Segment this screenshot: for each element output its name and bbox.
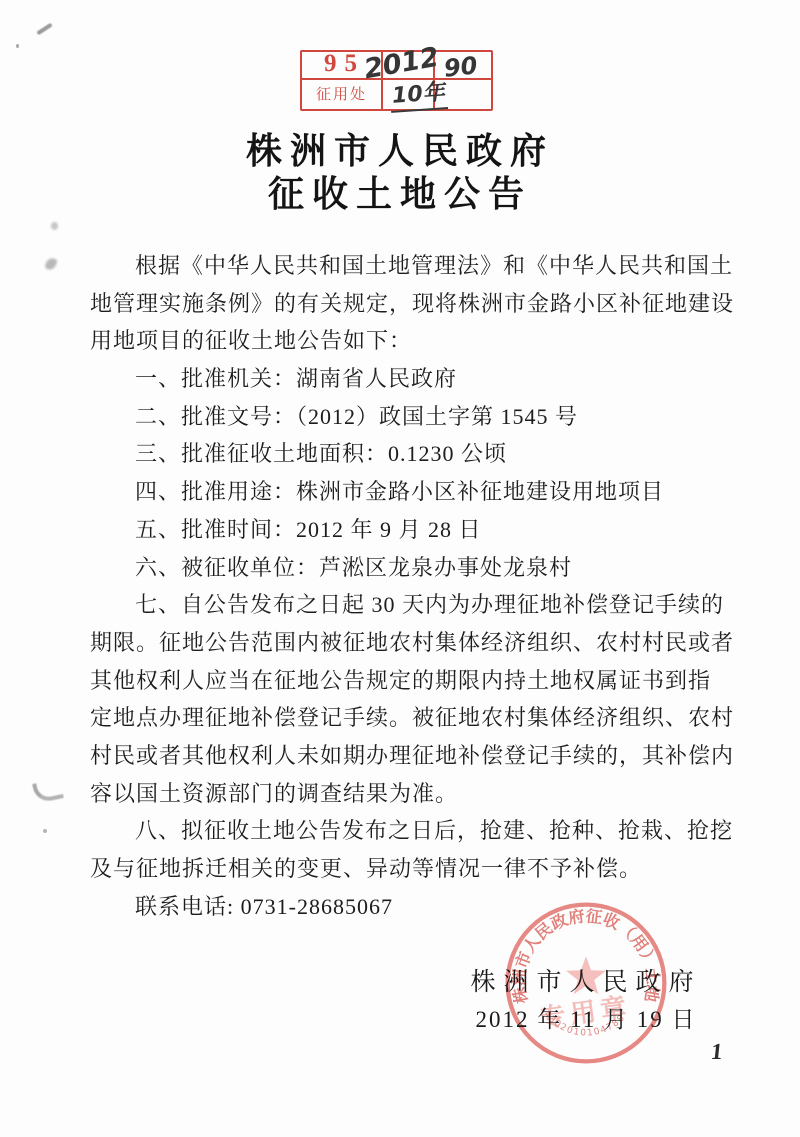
scan-artifact — [44, 257, 58, 272]
body-line: 根据《中华人民共和国土地管理法》和《中华人民共和国土 — [90, 247, 738, 285]
scan-artifact — [43, 829, 47, 833]
handwritten-number: 90 — [443, 51, 479, 82]
body-line: 定地点办理征地补偿登记手续。被征地农村集体经济组织、农村 — [90, 699, 738, 737]
body-line: 及与征地拆迁相关的变更、异动等情况一律不予补偿。 — [90, 850, 738, 888]
body-line: 一、批准机关：湖南省人民政府 — [90, 360, 738, 398]
page-number: 1 — [710, 1039, 724, 1065]
body-line: 六、被征收单位：芦淞区龙泉办事处龙泉村 — [90, 549, 738, 587]
body-line: 期限。征地公告范围内被征地农村集体经济组织、农村村民或者 — [90, 624, 738, 662]
body-line: 其他权利人应当在征地公告规定的期限内持土地权属证书到指 — [90, 662, 738, 700]
body-line: 四、批准用途：株洲市金路小区补征地建设用地项目 — [90, 473, 738, 511]
scanned-document-page: 95 征用处 2012 90 10年 株洲市人民政府 征收土地公告 根据《中华人… — [0, 0, 800, 1137]
registry-stamp: 95 征用处 2012 90 10年 — [300, 50, 493, 111]
body-line: 八、拟征收土地公告发布之日后，抢建、抢种、抢栽、抢挖 — [90, 812, 738, 850]
body-line: 地管理实施条例》的有关规定，现将株洲市金路小区补征地建设 — [90, 285, 738, 323]
body-line: 村民或者其他权利人未如期办理征地补偿登记手续的，其补偿内 — [90, 737, 738, 775]
scan-artifact — [16, 44, 19, 48]
body-line: 用地项目的征收土地公告如下： — [90, 322, 738, 360]
body-line: 三、批准征收土地面积：0.1230 公顷 — [90, 435, 738, 473]
scan-artifact — [51, 222, 58, 230]
document-title-line2: 征收土地公告 — [0, 166, 800, 217]
body-line: 联系电话: 0731-28685067 — [90, 888, 738, 926]
body-line: 容以国土资源部门的调查结果为准。 — [90, 775, 738, 813]
handwritten-duration: 10年 — [389, 75, 448, 113]
body-line: 五、批准时间：2012 年 9 月 28 日 — [90, 511, 738, 549]
signature-authority: 株洲市人民政府 — [426, 962, 746, 998]
scan-artifact — [36, 23, 52, 36]
signature-date: 2012 年 11 月 19 日 — [426, 1001, 746, 1034]
body-line: 二、批准文号：（2012）政国土字第 1545 号 — [90, 398, 738, 436]
announcement-body: 根据《中华人民共和国土地管理法》和《中华人民共和国土 地管理实施条例》的有关规定… — [90, 247, 738, 925]
scan-artifact — [32, 778, 64, 803]
body-line: 七、自公告发布之日起 30 天内为办理征地补偿登记手续的 — [90, 586, 738, 624]
